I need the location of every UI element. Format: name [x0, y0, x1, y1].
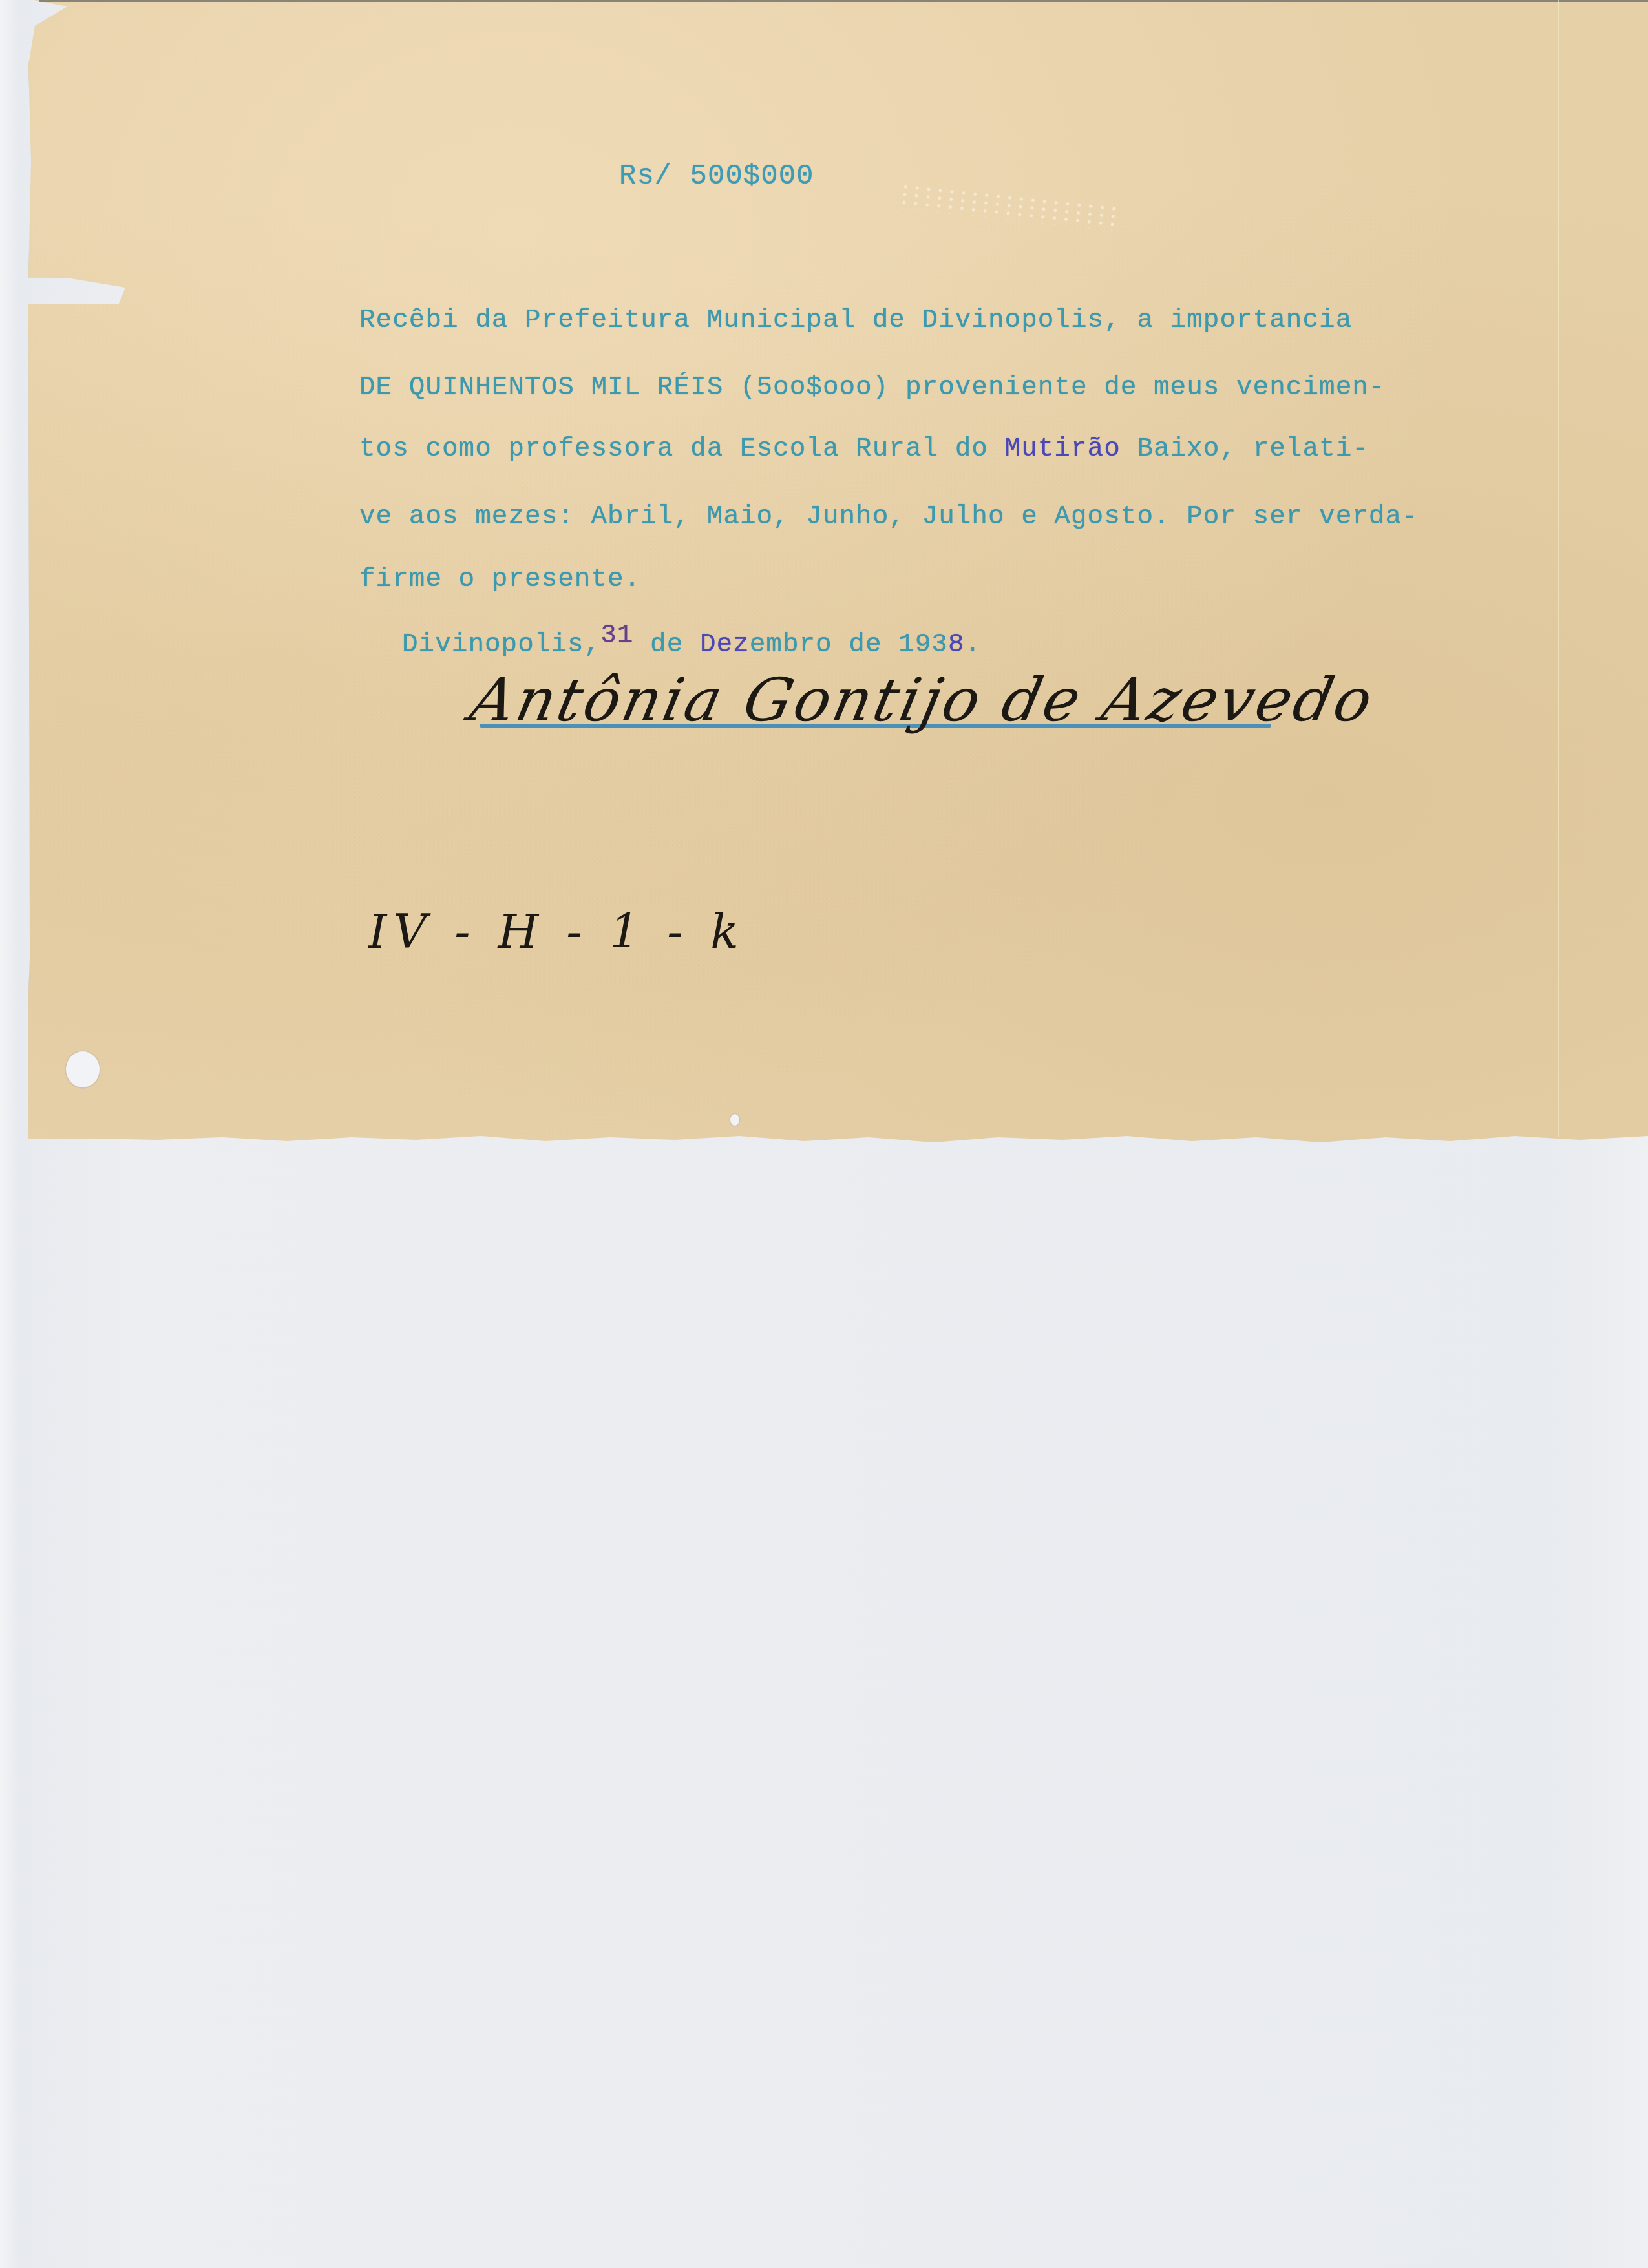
amount-header: Rs/ 500$000 — [619, 160, 814, 193]
date-month-rest: embro de 193 — [750, 630, 948, 660]
body-line-3-start: tos como professora da Escola Rural do — [359, 434, 1005, 464]
date-end: . — [965, 630, 982, 660]
body-line-3: tos como professora da Escola Rural do M… — [359, 434, 1369, 464]
date-day-overtyped: 31 — [600, 621, 633, 651]
paper-crease — [1558, 0, 1559, 1137]
date-line: Divinopolis,31 de Dezembro de 1938. — [402, 630, 981, 660]
body-line-4: ve aos mezes: Abril, Maio, Junho, Julho … — [359, 502, 1419, 532]
date-month-overtyped: Dez — [700, 630, 750, 660]
scan-top-edge — [39, 0, 1648, 2]
body-line-5: firme o presente. — [359, 565, 640, 594]
body-line-1: Recêbi da Prefeitura Municipal de Divino… — [359, 306, 1352, 335]
body-line-2: DE QUINHENTOS MIL RÉIS (5oo$ooo) proveni… — [359, 373, 1385, 403]
punch-hole-icon — [65, 1050, 101, 1089]
receipt-paper — [28, 0, 1648, 1142]
school-place-overtyped: Mutirão — [1005, 434, 1121, 464]
handwritten-signature: Antônia Gontijo de Azevedo — [465, 666, 1381, 735]
handwritten-archive-code: IV - H - 1 - k — [368, 905, 745, 959]
date-year-digit-overtyped: 8 — [948, 630, 965, 660]
body-line-3-end: Baixo, relati- — [1121, 434, 1369, 464]
pin-hole-icon — [729, 1113, 741, 1127]
date-connector: de — [633, 630, 699, 660]
date-city: Divinopolis, — [402, 630, 600, 660]
